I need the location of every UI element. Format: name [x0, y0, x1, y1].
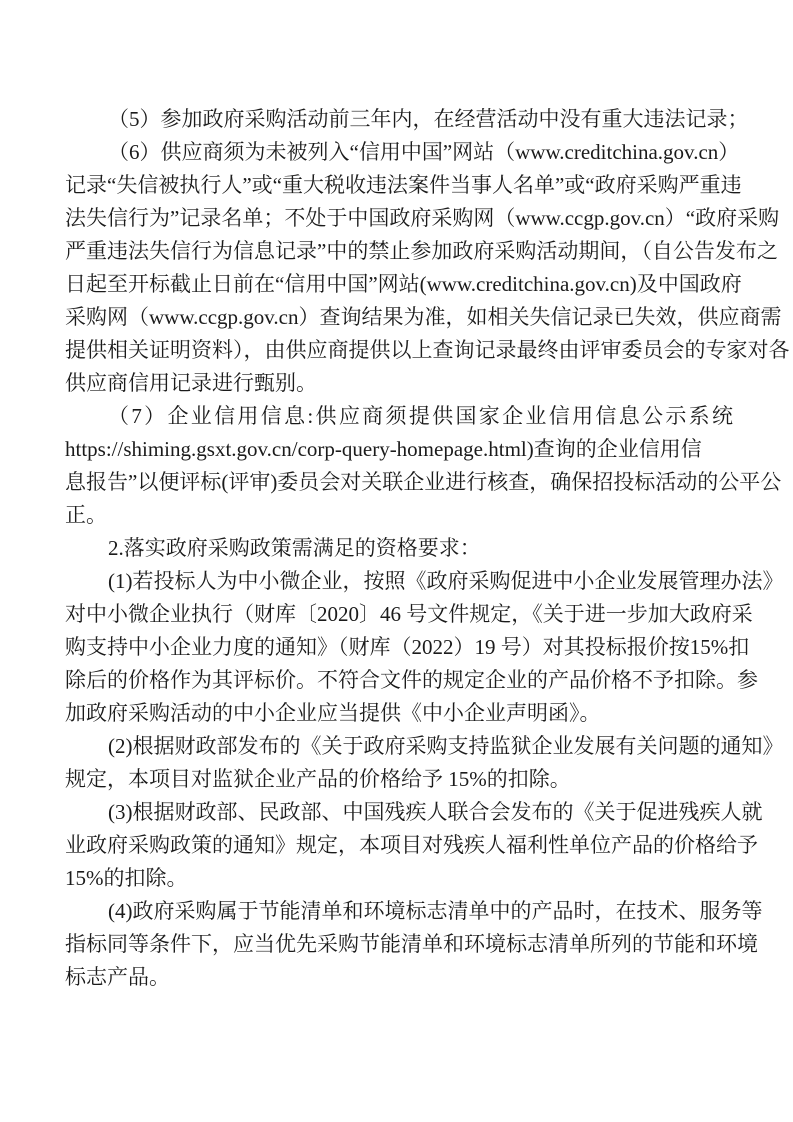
text-line: 采购网（www.ccgp.gov.cn）查询结果为准，如相关失信记录已失效，供应…: [65, 301, 733, 334]
text-line: 息报告”以便评标(评审)委员会对关联企业进行核查，确保招投标活动的公平公: [65, 466, 733, 499]
text-line: 标志产品。: [65, 961, 733, 994]
text-line: 记录“失信被执行人”或“重大税收违法案件当事人名单”或“政府采购严重违: [65, 169, 733, 202]
text-line: 2.落实政府采购政策需满足的资格要求：: [65, 532, 733, 565]
text-line: https://shiming.gsxt.gov.cn/corp-query-h…: [65, 433, 733, 466]
document-body: （5）参加政府采购活动前三年内，在经营活动中没有重大违法记录；（6）供应商须为未…: [65, 103, 733, 994]
text-line: （6）供应商须为未被列入“信用中国”网站（www.creditchina.gov…: [65, 136, 733, 169]
text-line: 日起至开标截止日前在“信用中国”网站(www.creditchina.gov.c…: [65, 268, 733, 301]
text-line: 规定，本项目对监狱企业产品的价格给予 15%的扣除。: [65, 763, 733, 796]
text-line: 正。: [65, 499, 733, 532]
text-line: (2)根据财政部发布的《关于政府采购支持监狱企业发展有关问题的通知》: [65, 730, 733, 763]
text-line: 除后的价格作为其评标价。不符合文件的规定企业的产品价格不予扣除。参: [65, 664, 733, 697]
text-line: 供应商信用记录进行甄别。: [65, 367, 733, 400]
text-line: (1)若投标人为中小微企业，按照《政府采购促进中小企业发展管理办法》: [65, 565, 733, 598]
text-line: 对中小微企业执行（财库〔2020〕46 号文件规定，《关于进一步加大政府采: [65, 598, 733, 631]
text-line: （7）企业信用信息:供应商须提供国家企业信用信息公示系统: [65, 400, 733, 433]
document-page: （5）参加政府采购活动前三年内，在经营活动中没有重大违法记录；（6）供应商须为未…: [0, 0, 793, 1122]
text-line: 购支持中小企业力度的通知》（财库（2022）19 号）对其投标报价按15%扣: [65, 631, 733, 664]
text-line: (4)政府采购属于节能清单和环境标志清单中的产品时，在技术、服务等: [65, 895, 733, 928]
text-line: 业政府采购政策的通知》规定，本项目对残疾人福利性单位产品的价格给予: [65, 829, 733, 862]
text-line: 加政府采购活动的中小企业应当提供《中小企业声明函》。: [65, 697, 733, 730]
text-line: (3)根据财政部、民政部、中国残疾人联合会发布的《关于促进残疾人就: [65, 796, 733, 829]
text-line: 提供相关证明资料），由供应商提供以上查询记录最终由评审委员会的专家对各: [65, 334, 733, 367]
text-line: （5）参加政府采购活动前三年内，在经营活动中没有重大违法记录；: [65, 103, 733, 136]
text-line: 指标同等条件下，应当优先采购节能清单和环境标志清单所列的节能和环境: [65, 928, 733, 961]
text-line: 法失信行为”记录名单；不处于中国政府采购网（www.ccgp.gov.cn）“政…: [65, 202, 733, 235]
text-line: 15%的扣除。: [65, 862, 733, 895]
text-line: 严重违法失信行为信息记录”中的禁止参加政府采购活动期间，（自公告发布之: [65, 235, 733, 268]
